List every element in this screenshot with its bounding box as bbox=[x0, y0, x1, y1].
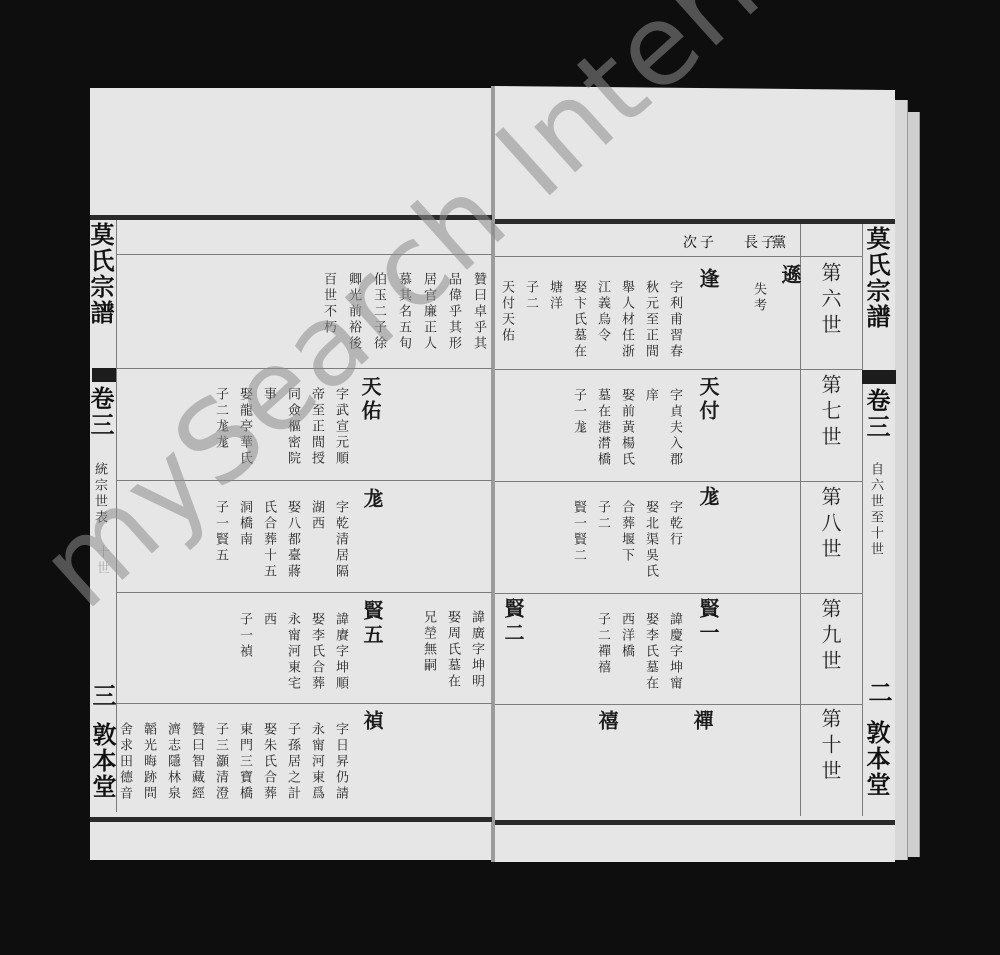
text-column: 娶北渠吳氏 bbox=[644, 500, 657, 580]
row-rule bbox=[116, 592, 492, 593]
row-rule bbox=[116, 254, 492, 255]
text-column: 娶周氏墓在 bbox=[446, 610, 459, 690]
person-name: 尨 bbox=[362, 488, 382, 512]
text-column: 子二 bbox=[596, 500, 609, 532]
text-column: 字貞夫入郡 bbox=[668, 388, 681, 468]
generation-range: 自六世至十世 bbox=[869, 462, 882, 558]
text-column: 字乾行 bbox=[668, 500, 681, 548]
text-column: 娶李氏合葬 bbox=[310, 612, 323, 692]
text-column: 娶朱氏合葬 bbox=[262, 722, 275, 802]
text-column: 塘洋 bbox=[548, 280, 561, 312]
generation-label: 第十世 bbox=[820, 708, 840, 786]
text-column: 子一禎 bbox=[238, 612, 251, 660]
person-name: 逢 bbox=[698, 268, 718, 292]
row-rule bbox=[495, 256, 862, 257]
text-column: 贊曰卓乎其 bbox=[472, 272, 485, 352]
page-stack-edge bbox=[895, 100, 908, 860]
text-column: 墓在港潸橋 bbox=[596, 388, 609, 468]
row-rule bbox=[495, 593, 862, 594]
generation-label: 第九世 bbox=[820, 598, 840, 676]
person-name: 禎 bbox=[362, 710, 382, 734]
hall-name: 敦本堂 bbox=[90, 722, 114, 800]
text-column: 舍求田德音 bbox=[118, 722, 131, 802]
row-rule bbox=[116, 703, 492, 704]
section-label: 統宗世表 bbox=[93, 462, 106, 526]
text-column: 舉人材任浙 bbox=[620, 280, 633, 360]
fishtail-mark bbox=[862, 370, 896, 384]
text-column: 事 bbox=[262, 387, 275, 403]
text-column: 贊曰智藏經 bbox=[190, 722, 203, 802]
person-name: 天付 bbox=[698, 376, 718, 424]
text-column: 合葬堰下 bbox=[620, 500, 633, 564]
text-column: 卿光前裕後 bbox=[347, 272, 360, 352]
person-name: 禧 bbox=[597, 710, 617, 734]
text-column: 子孫居之計 bbox=[286, 722, 299, 802]
text-column: 子二 bbox=[524, 280, 537, 312]
text-column: 娶龍亭華氏 bbox=[238, 387, 251, 467]
text-column: 永甯河東宅 bbox=[286, 612, 299, 692]
eldest-son-label: 長子 bbox=[744, 232, 778, 252]
generation-label: 第六世 bbox=[820, 262, 840, 340]
generation-label: 第八世 bbox=[820, 486, 840, 564]
text-column: 字武宣元順 bbox=[334, 387, 347, 467]
text-column: 字乾清居隔 bbox=[334, 500, 347, 580]
text-column: 庠 bbox=[644, 388, 657, 404]
folio-number: 二 bbox=[866, 680, 890, 706]
text-column: 娶卞氏墓在 bbox=[572, 280, 585, 360]
person-name: 賢五 bbox=[362, 600, 382, 648]
text-column: 諱賡字坤順 bbox=[334, 612, 347, 692]
row-rule bbox=[495, 481, 862, 482]
text-column: 東門三寶橋 bbox=[238, 722, 251, 802]
text-column: 娶八都臺蔣 bbox=[286, 500, 299, 580]
generation-column-rule bbox=[800, 224, 801, 816]
text-column: 子一尨 bbox=[572, 388, 585, 436]
text-column: 西 bbox=[262, 612, 275, 628]
text-column: 濟志隱林泉 bbox=[166, 722, 179, 802]
text-column: 子一賢五 bbox=[214, 500, 227, 564]
text-column: 品偉乎其形 bbox=[447, 272, 460, 352]
text-column: 百世不朽 bbox=[322, 272, 335, 336]
person-name: 天佑 bbox=[360, 376, 380, 424]
book-title: 莫氏宗譜 bbox=[88, 222, 112, 326]
text-column: 兄塋無嗣 bbox=[422, 610, 435, 674]
text-column: 娶前黃楊氏 bbox=[620, 388, 633, 468]
text-column: 洞橋南 bbox=[238, 500, 251, 548]
generation-label: 第七世 bbox=[820, 374, 840, 452]
text-column: 居官廉正人 bbox=[422, 272, 435, 352]
volume-label: 卷三 bbox=[864, 388, 888, 440]
text-column: 伯玉二子徐 bbox=[372, 272, 385, 352]
text-column: 湖西 bbox=[310, 500, 323, 532]
person-name: 賢二 bbox=[503, 598, 523, 646]
person-name: 遜 bbox=[780, 264, 800, 288]
person-name: 禪 bbox=[692, 710, 712, 734]
text-column: 江義烏令 bbox=[596, 280, 609, 344]
hall-name: 敦本堂 bbox=[864, 720, 888, 798]
text-column: 子二尨尨 bbox=[214, 387, 227, 451]
text-column: 賢一賢二 bbox=[572, 500, 585, 564]
fishtail-mark bbox=[92, 368, 116, 382]
person-name: 尨 bbox=[698, 486, 718, 510]
text-column: 同僉樞密院 bbox=[286, 387, 299, 467]
text-column: 字利甫習春 bbox=[668, 280, 681, 360]
second-son-label: 次子 bbox=[683, 232, 717, 252]
text-column: 慕其名五旬 bbox=[397, 272, 410, 352]
row-rule bbox=[495, 704, 862, 705]
book-title: 莫氏宗譜 bbox=[864, 226, 888, 330]
text-column: 氏合葬十五 bbox=[262, 500, 275, 580]
volume-label: 卷三 bbox=[88, 386, 112, 438]
text-column: 帝至正間授 bbox=[310, 387, 323, 467]
text-column: 秋元至正間 bbox=[644, 280, 657, 360]
person-name: 賢一 bbox=[698, 598, 718, 646]
text-column: 韜光晦跡問 bbox=[142, 722, 155, 802]
text-column: 子三灝清澄 bbox=[214, 722, 227, 802]
text-column: 永甯河東爲 bbox=[310, 722, 323, 802]
row-rule bbox=[495, 369, 862, 370]
text-column: 諱慶字坤甯 bbox=[668, 612, 681, 692]
text-column: 字日昇仍請 bbox=[334, 722, 347, 802]
text-column: 子二禪禧 bbox=[596, 612, 609, 676]
faint-mark: 十世 bbox=[95, 545, 108, 577]
text-column: 西洋橋 bbox=[620, 612, 633, 660]
folio-number: 三 bbox=[90, 683, 114, 709]
row-rule bbox=[116, 368, 492, 369]
text-column: 諱廣字坤明 bbox=[470, 610, 483, 690]
text-column: 娶李氏墓在 bbox=[644, 612, 657, 692]
row-rule bbox=[116, 480, 492, 481]
text-column: 失考 bbox=[752, 282, 765, 314]
text-column: 天付天佑 bbox=[500, 280, 513, 344]
